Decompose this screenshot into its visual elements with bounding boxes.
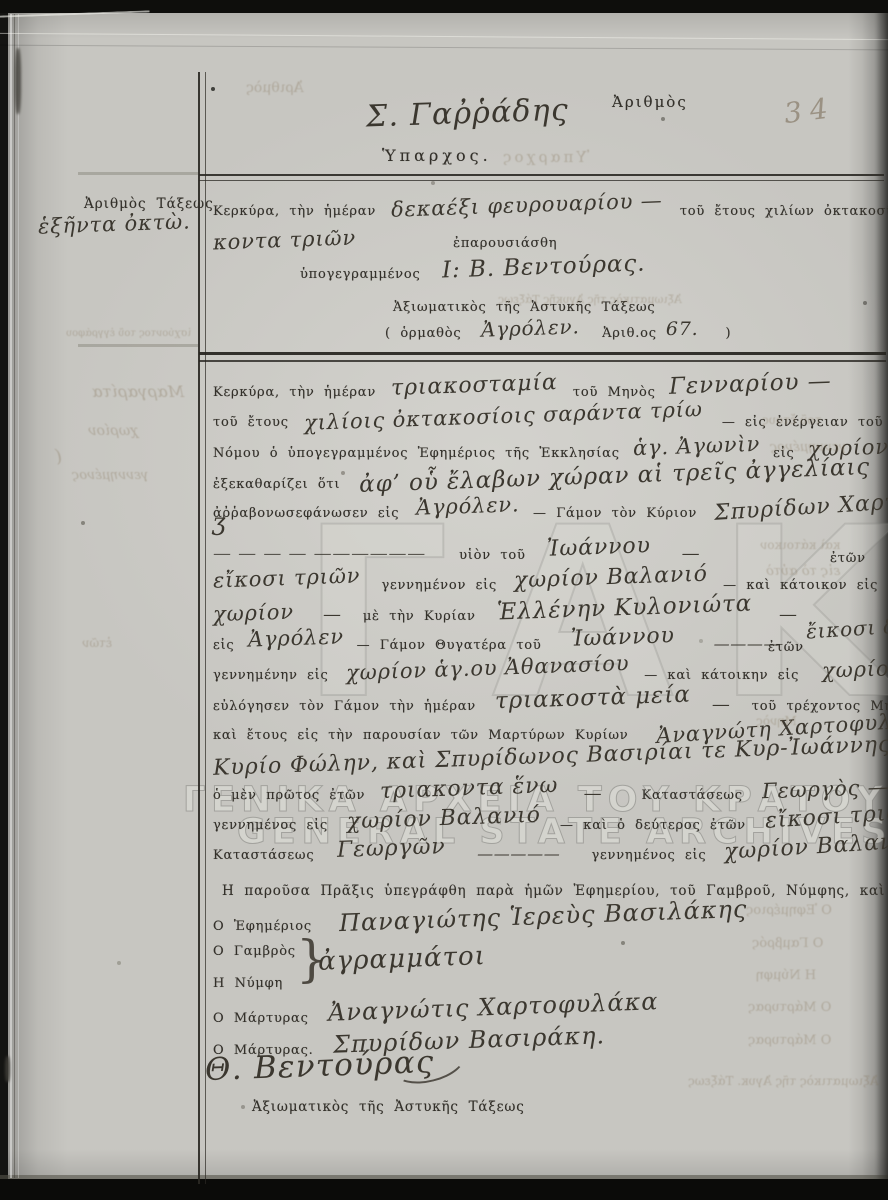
bleedthrough-text: Ο Ἐφημέριος: [746, 903, 832, 918]
page-edge-line: [14, 14, 15, 1178]
act-fill-dash: —: [712, 694, 731, 715]
bleedthrough-text: χωρίον: [88, 423, 139, 439]
act-groom-father-name: Ἰωάννου: [546, 533, 651, 562]
reg-year-value-2: κοντα τριῶν: [213, 226, 357, 255]
bleedthrough-text: Ο Μάρτυρας: [748, 1000, 831, 1015]
bleedthrough-text: γεννημένος: [770, 440, 847, 455]
reg-presented-label: ἐπαρουσιάσθη: [453, 236, 557, 251]
form-rule-faint: [78, 172, 198, 175]
form-rule-faint: [78, 344, 198, 347]
act-village-word: χωρίον: [213, 600, 295, 627]
act-with-lady-label: μὲ τὴν Κυρίαν: [363, 609, 476, 624]
bleedthrough-text: Ἀριθμὸς: [246, 80, 304, 96]
act-born-label: γεννημένον εἰς: [381, 578, 497, 593]
reg-close-paren: ): [725, 326, 731, 341]
act-occupation-label-2: Καταστάσεως: [213, 848, 314, 863]
page-edge-line: [18, 14, 19, 1178]
order-number-value: ἑξῆντα ὀκτὼ.: [38, 209, 191, 238]
reg-year-label: τοῦ ἔτους χιλίων ὀκτακοσίων: [680, 204, 888, 219]
act-witness1-born-label: γεννημένος εἰς: [213, 818, 328, 833]
act-groom-label: — Γάμον τὸν Κύριον: [533, 506, 697, 521]
act-witness2-age-label: — καὶ ὁ δεύτερος ἐτῶν: [560, 818, 746, 833]
act-witness2-occupation: Γεωργῶν: [337, 834, 446, 863]
act-bride-father-name: Ἰωάννου: [570, 623, 675, 652]
bleedthrough-text: γεννημένος: [72, 468, 149, 483]
reg-date-label: Κερκύρα, τὴν ἡμέραν: [213, 204, 376, 219]
bleedthrough-text: Ὑπαρχος: [500, 148, 589, 166]
bride-label: Η Νύμφη: [213, 976, 283, 991]
office-title: Ὑπαρχος.: [382, 146, 492, 165]
act-witness1-birthplace: χωρίον Βαλανιό: [347, 803, 542, 835]
act-witness1-age-label: ὁ μὲν πρῶτος ἐτῶν: [213, 788, 365, 803]
reg-bundle-number-label: Ἀριθ.ος: [602, 326, 657, 341]
act-certifies-label: ἐξεκαθαρίζει ὅτι: [213, 477, 340, 492]
act-groom-birthplace: χωρίον Βαλανιό: [514, 562, 709, 594]
act-priest-clause: Νόμου ὁ ὑπογεγραμμένος Ἐφημέριος τῆς Ἐκκ…: [213, 446, 620, 461]
act-betrothal-place: Ἀγρόλεν.: [416, 492, 520, 520]
act-fill-dash: —: [584, 783, 603, 804]
act-bride-resident-label: — καὶ κάτοικην εἰς: [644, 668, 799, 683]
act-groom-age-value: εἴκοσι τριῶν: [213, 563, 361, 592]
act-witnesses-label: καὶ ἔτους εἰς τὴν παρουσίαν τῶν Μαρτύρων…: [213, 728, 629, 743]
act-month-value: Γενναρίου —: [668, 368, 831, 400]
bleedthrough-text: (: [55, 446, 62, 467]
act-blessed-label: εὐλόγησεν τὸν Γάμον τὴν ἡμέραν: [213, 699, 476, 714]
reg-bundle-label: ( ὁρμαθὸς: [385, 326, 461, 341]
officer-title: Ἀξιωματικὸς τῆς Ἀστυκῆς Τάξεως: [252, 1099, 525, 1115]
act-daughter-of-label: — Γάμον Θυγατέρα τοῦ: [357, 638, 542, 653]
stray-pen-mark: ʒ: [212, 508, 227, 536]
act-church-value: ἁγ. Ἀγωνὶν: [632, 432, 760, 460]
order-number-label: Ἀριθμὸς Τάξεως: [84, 196, 214, 212]
bleedthrough-text: καὶ κάτοικον: [760, 538, 840, 552]
act-son-of-label: υἱὸν τοῦ: [459, 548, 526, 563]
closing-sentence: Η παροῦσα Πρᾶξις ὑπεγράφθη παρὰ ἡμῶν Ἐφη…: [222, 883, 888, 899]
reg-undersigned-label: ὑπογεγραμμένος: [300, 267, 421, 282]
bleedthrough-text: Η Νύμφη: [756, 968, 816, 983]
form-horizontal-rule-1: [199, 174, 884, 181]
act-fill-dash: —: [779, 604, 798, 625]
bleedthrough-text: εἰς τὸ αὐτὸ: [766, 564, 840, 579]
act-year-label: τοῦ ἔτους: [213, 415, 289, 430]
binding-smudge: [5, 1056, 10, 1082]
bleedthrough-text: Ἀξιωματικὸς τῆς Ἀγυκῆς Τάξεως: [498, 293, 682, 306]
act-day-value: τριακοσταμία: [391, 370, 558, 401]
act-witness2-born-label: γεννημένος εἰς: [591, 848, 706, 863]
act-age-label: ἐτῶν: [768, 640, 804, 655]
form-horizontal-rule-2: [199, 352, 886, 362]
act-at-label: εἰς: [213, 638, 234, 653]
page-edge-line: [10, 14, 12, 1178]
act-witness1-age-value: τριακοντα ἕνω: [380, 773, 559, 804]
act-occupation-label: Καταστάσεως: [641, 788, 742, 803]
act-fill-dash: —: [682, 543, 701, 564]
reg-bundle-number-value: 67.: [666, 318, 699, 340]
act-betrothal-label: ἀῤῥαβονωσεφάνωσεν εἰς: [213, 506, 399, 521]
scan-bottom-border: [0, 1179, 888, 1200]
witness1-label: Ο Μάρτυρας: [213, 1011, 309, 1026]
bleedthrough-text: Μαργαρίτα: [92, 382, 184, 401]
act-fill-dash: —: [323, 604, 342, 625]
bleedthrough-text: Ἀξιωματικὸς τῆς Ἀγυκ. Τάξεως: [688, 1074, 878, 1088]
act-fill-dash: —————: [477, 844, 560, 863]
act-marriage-place: Ἀγρόλεν: [247, 624, 344, 651]
bleedthrough-text: τοῦ ἔτους: [762, 413, 821, 427]
registrar-signature: Σ. Γαῤῥάδης: [365, 92, 569, 134]
bleedthrough-text: Ο Γαμβρός: [752, 936, 823, 951]
act-fill-dashes: — — — — ——————: [213, 543, 426, 564]
record-number-label: Ἀριθμὸς: [612, 93, 688, 111]
act-bride-born-label: γεννημένην εἰς: [213, 668, 329, 683]
act-place-date-label: Κερκύρα, τὴν ἡμέραν: [213, 385, 376, 400]
bleedthrough-text: ἐτῶν: [82, 636, 112, 650]
act-month-label: τοῦ Μηνὸς: [573, 385, 656, 400]
bleedthrough-text: Ο Μάρτυρας: [748, 1033, 831, 1048]
binding-smudge: [15, 48, 21, 114]
paper-specks: [0, 0, 2, 2]
form-vertical-rule: [198, 72, 206, 1184]
scanned-marriage-record-page: ΓΑΚ ΓΕΝΙΚΑ ΑΡΧΕΙΑ ΤΟΥ ΚΡΑΤΟΥΣ GENERAL ST…: [0, 0, 888, 1200]
groom-label: Ο Γαμβρὸς: [213, 944, 296, 959]
bleedthrough-text: ἰσχύοντος τοῦ ἐγγράφου: [66, 328, 191, 339]
act-bride-age-value: ἔικοσι δύο: [805, 612, 888, 643]
bleedthrough-text: Μηνὸς: [756, 714, 797, 728]
reg-bundle-value: Ἀγρόλεν.: [480, 314, 579, 341]
illiterate-note: ἀγραμμάτοι: [318, 941, 487, 977]
record-number-value: 34: [782, 91, 837, 130]
act-marriage-day-value: τριακοστὰ μεία: [495, 682, 692, 715]
